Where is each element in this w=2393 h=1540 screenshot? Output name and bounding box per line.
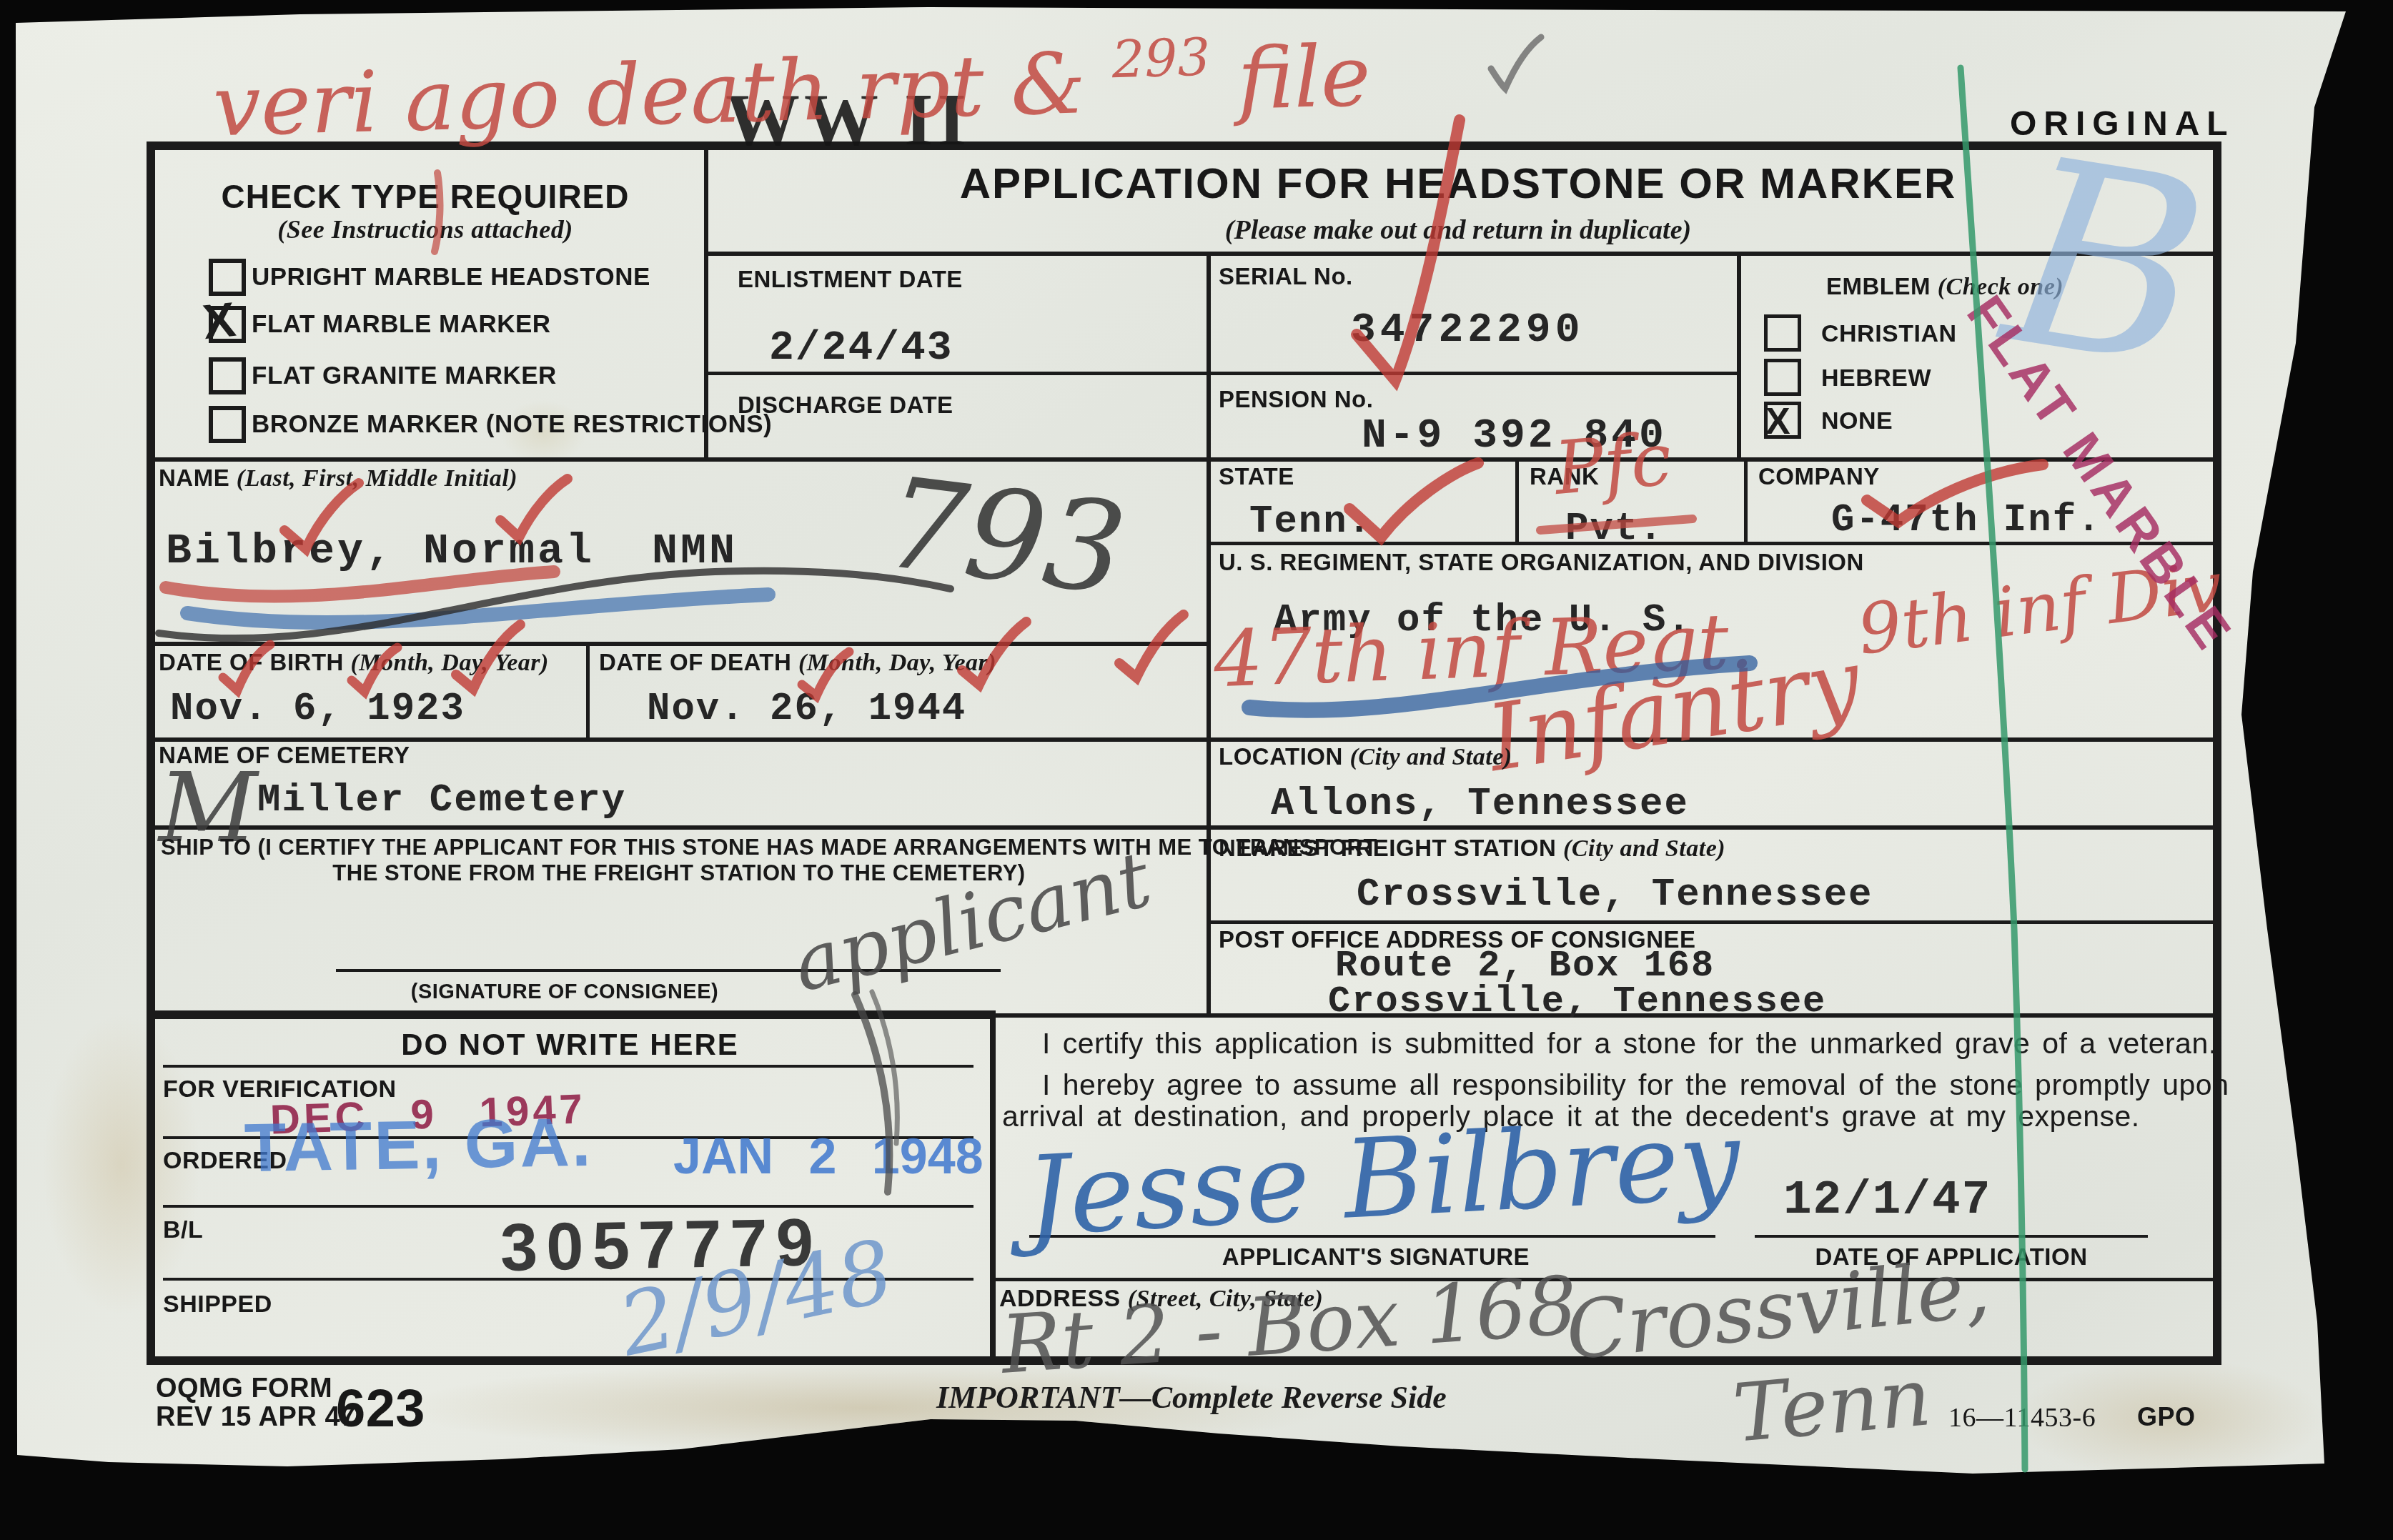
serial-value: 34722290	[1351, 307, 1584, 354]
freight-label-paren: (City and State)	[1563, 835, 1725, 862]
cemetery-value: Miller Cemetery	[257, 779, 626, 823]
birth-label-paren: (Month, Day, Year)	[351, 650, 549, 676]
death-label-paren: (Month, Day, Year)	[798, 650, 996, 676]
rank-correction: Pfc	[1551, 417, 1675, 512]
top-note-sup: 293	[1111, 27, 1212, 90]
checkbox-upright-marble[interactable]	[209, 259, 246, 296]
option-christian: CHRISTIAN	[1821, 320, 1957, 348]
company-value: G-47th Inf.	[1831, 499, 2101, 542]
divider-main-vertical	[1207, 252, 1211, 1016]
name-value: Bilbrey, Normal NMN	[166, 527, 738, 576]
footer-important: IMPORTANT—Complete Reverse Side	[936, 1380, 1447, 1415]
birth-label-wrap: DATE OF BIRTH (Month, Day, Year)	[159, 649, 549, 677]
state-value: Tenn.	[1249, 500, 1372, 544]
state-label: STATE	[1219, 463, 1294, 490]
top-note-tail: file	[1237, 26, 1372, 129]
check-type-subtitle: (See Instructions attached)	[164, 214, 686, 244]
checkbox-christian[interactable]	[1764, 314, 1801, 352]
checkbox-bronze[interactable]	[209, 406, 246, 443]
office-cert-divider	[990, 1010, 996, 1361]
office-row-shipped: SHIPPED	[163, 1291, 272, 1318]
application-date-value: 12/1/47	[1783, 1173, 1991, 1227]
emblem-label: EMBLEM	[1826, 273, 1931, 299]
footer-print-code: 16—11453-6	[1948, 1402, 2096, 1434]
form-border-right	[2213, 141, 2221, 1365]
divider-under-title	[704, 252, 2217, 256]
location-label-wrap: LOCATION (City and State)	[1219, 743, 1512, 771]
death-value: Nov. 26, 1944	[647, 687, 966, 731]
footer-form-number: 623	[336, 1378, 425, 1439]
check-type-title: CHECK TYPE REQUIRED	[164, 177, 686, 216]
name-number-annotation: 793	[878, 450, 1133, 623]
address-note-3: Tenn	[1730, 1351, 1935, 1461]
location-value: Allons, Tennessee	[1271, 783, 1689, 826]
divider-serial-emblem	[1737, 252, 1741, 460]
form-border-left	[147, 141, 155, 1365]
consignee-signature-label: (SIGNATURE OF CONSIGNEE)	[343, 980, 786, 1004]
freight-value: Crossville, Tennessee	[1357, 873, 1873, 917]
divider-freight-bottom	[1207, 920, 2217, 924]
death-label: DATE OF DEATH	[599, 649, 791, 675]
regiment-label: U. S. REGIMENT, STATE ORGANIZATION, AND …	[1219, 549, 1864, 576]
office-box-title: DO NOT WRITE HERE	[147, 1028, 994, 1062]
tate-ga-stamp: TATE, GA.	[244, 1103, 593, 1188]
enlistment-value: 2/24/43	[769, 325, 953, 372]
form-subtitle-wrap: (Please make out and return in duplicate…	[758, 214, 2159, 246]
applicant-signature-label: APPLICANT'S SIGNATURE	[1072, 1243, 1680, 1271]
certification-line-1: I certify this application is submitted …	[1042, 1027, 2217, 1060]
pension-label: PENSION No.	[1219, 386, 1373, 413]
rank-value: Pvt.	[1565, 507, 1664, 551]
office-box-top	[147, 1010, 994, 1019]
death-label-wrap: DATE OF DEATH (Month, Day, Year)	[599, 649, 996, 677]
certification-line-2: I hereby agree to assume all responsibil…	[1042, 1068, 2229, 1102]
freight-label: NEAREST FREIGHT STATION	[1219, 835, 1556, 861]
option-hebrew: HEBREW	[1821, 364, 1931, 392]
birth-value: Nov. 6, 1923	[170, 687, 465, 731]
company-label: COMPANY	[1758, 463, 1880, 490]
name-label-wrap: NAME (Last, First, Middle Initial)	[159, 465, 517, 492]
checkbox-flat-granite[interactable]	[209, 357, 246, 394]
office-rule-1	[163, 1065, 973, 1068]
discharge-label: DISCHARGE DATE	[738, 392, 953, 419]
option-flat-granite: FLAT GRANITE MARKER	[252, 362, 557, 390]
option-none: NONE	[1821, 407, 1893, 435]
ship-to-label-1: SHIP TO (I CERTIFY THE APPLICANT FOR THI…	[161, 835, 1197, 860]
application-date-line	[1755, 1235, 2148, 1238]
option-bronze: BRONZE MARKER (NOTE RESTRICTIONS)	[252, 410, 772, 439]
location-label-paren: (City and State)	[1350, 744, 1512, 770]
divider-name-top	[147, 457, 2217, 462]
divider-birth-death	[586, 642, 590, 739]
divider-enlist-discharge	[704, 372, 1740, 375]
location-label: LOCATION	[1219, 743, 1343, 770]
form-title: APPLICATION FOR HEADSTONE OR MARKER	[758, 159, 2159, 208]
ordered-date-stamp: JAN 2 1948	[673, 1128, 984, 1185]
office-row-bl: B/L	[163, 1216, 203, 1244]
name-label-paren: (Last, First, Middle Initial)	[237, 465, 517, 492]
divider-cemetery-bottom	[147, 825, 2217, 830]
footer-gpo: GPO	[2137, 1402, 2196, 1432]
enlistment-label: ENLISTMENT DATE	[738, 266, 963, 293]
none-x-mark: X	[1765, 400, 1790, 443]
scanned-document: CHECK TYPE REQUIRED (See Instructions at…	[0, 0, 2393, 1540]
flat-marble-x-mark: X	[200, 292, 238, 350]
option-upright-marble: UPRIGHT MARBLE HEADSTONE	[252, 263, 650, 292]
footer-form-org: OQMG FORM	[156, 1373, 332, 1404]
divider-name-bottom	[147, 642, 1211, 646]
footer-form-rev: REV 15 APR 47	[156, 1402, 356, 1433]
po-address-value2: Crossville, Tennessee	[1328, 980, 1826, 1023]
birth-label: DATE OF BIRTH	[159, 649, 344, 675]
divider-rank-company	[1744, 457, 1748, 545]
footer-important-wrap: IMPORTANT—Complete Reverse Side	[936, 1379, 1447, 1416]
check-type-subtitle-text: (See Instructions attached)	[277, 215, 573, 244]
checkbox-hebrew[interactable]	[1764, 359, 1801, 396]
name-label: NAME	[159, 465, 229, 491]
divider-state-rank	[1515, 457, 1519, 545]
freight-label-wrap: NEAREST FREIGHT STATION (City and State)	[1219, 835, 1725, 863]
option-flat-marble: FLAT MARBLE MARKER	[252, 310, 551, 339]
form-subtitle: (Please make out and return in duplicate…	[1225, 215, 1691, 245]
divider-dates-bottom	[147, 737, 2217, 742]
serial-label: SERIAL No.	[1219, 263, 1353, 290]
